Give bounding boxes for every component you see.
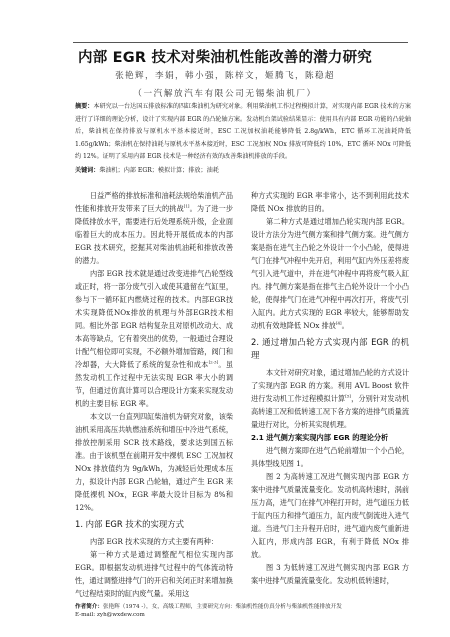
paragraph: 图 3 为低转速工况进气侧实现内部 EGR 方案中进排气质量流量变化。发动机低转… xyxy=(251,561,409,587)
header-rule xyxy=(73,42,408,43)
paragraph: 日益严格的排放标准和油耗法规给柴油机产品性能和排放开发带来了巨大的挑战[1]。为… xyxy=(75,189,233,267)
citation: [2-3] xyxy=(209,360,219,365)
paragraph-text: 第二种方式是通过增加凸轮实现内部 EGR。设计方法分为进气侧方案和排气侧方案。进… xyxy=(251,217,409,330)
abstract-text: 本研究以一台达国五排放标准的四缸柴油机为研究对象。利用柴油机工作过程模拟计算，对… xyxy=(75,103,411,160)
section-heading-1: 1. 内部 EGR 技术的实现方式 xyxy=(75,518,233,531)
paragraph-text: 。为了进一步降低排放水平，需要进行后处理系统升级，企业面临着巨大的成本压力。因此… xyxy=(75,204,233,265)
paragraph: 内部 EGR 技术实现的方式主要有两种： xyxy=(75,535,233,548)
paragraph: 本文以一台直列四缸柴油机为研究对象，该柴油机采用高压共轨燃油系统和增压中冷进气系… xyxy=(75,410,233,514)
author-footnote: 作者简介：张艳辉（1974 -），女，高级工程师，主要研究方向：柴油机性能仿真分… xyxy=(75,603,415,620)
left-column: 日益严格的排放标准和油耗法规给柴油机产品性能和排放开发带来了巨大的挑战[1]。为… xyxy=(75,189,233,600)
author-email: E-mail: zyh@wxdew.com xyxy=(75,611,415,619)
paragraph-text: 内部 EGR 技术就是通过改变进排气凸轮型线或正时，将一部分废气引入或使其遗留在… xyxy=(75,269,233,369)
subsection-heading-2-1: 2.1 进气侧方案实现内部 EGR 的理论分析 xyxy=(251,431,409,444)
footnote-text: 张艳辉（1974 -），女，高级工程师，主要研究方向：柴油机性能仿真分析与柴油机… xyxy=(103,604,342,610)
keywords-text: 柴油机；内部 EGR；模拟计算；排放；油耗 xyxy=(99,167,218,174)
keywords-label: 关键词： xyxy=(75,167,99,174)
paragraph: 第一种方式是通过调整配气相位实现内部 EGR。即根据发动机进排气过程中的气体流动… xyxy=(75,548,233,600)
affiliation: （一汽解放汽车有限公司无锡柴油机厂） xyxy=(0,87,450,99)
abstract: 摘要：本研究以一台达国五排放标准的四缸柴油机为研究对象。利用柴油机工作过程模拟计… xyxy=(75,101,411,164)
paragraph: 图 2 为高转速工况进气侧实现内部 EGR 方案中进排气质量流量变化。发动机高转… xyxy=(251,470,409,561)
paragraph-text: 。 xyxy=(342,321,349,330)
section-heading-2: 2. 通过增加凸轮方式实现内部 EGR 的机理 xyxy=(251,336,409,362)
author-list: 张艳辉，李娟，韩小强，陈梓文，姬腾飞，陈稳超 xyxy=(0,69,450,81)
abstract-label: 摘要： xyxy=(75,103,93,110)
author-bio: 作者简介：张艳辉（1974 -），女，高级工程师，主要研究方向：柴油机性能仿真分… xyxy=(75,603,415,611)
paragraph: 进气侧方案即在进气凸轮前增加一个小凸轮，具体型线见图 1。 xyxy=(251,444,409,470)
keywords: 关键词：柴油机；内部 EGR；模拟计算；排放；油耗 xyxy=(75,166,411,176)
footnote-label: 作者简介： xyxy=(75,604,103,610)
paragraph: 本文针对研究对象，通过增加凸轮的方式设计了实现内部 EGR 的方案。利用 AVL… xyxy=(251,366,409,431)
paper-page: 内部 EGR 技术对柴油机性能改善的潜力研究 张艳辉，李娟，韩小强，陈梓文，姬腾… xyxy=(0,0,450,637)
paragraph: 内部 EGR 技术就是通过改变进排气凸轮型线或正时，将一部分废气引入或使其遗留在… xyxy=(75,267,233,410)
paragraph: 种方式实现的 EGR 率非常小，达不到利用此技术降低 NOx 排放的目的。 xyxy=(251,189,409,215)
paragraph: 第二种方式是通过增加凸轮实现内部 EGR。设计方法分为进气侧方案和排气侧方案。进… xyxy=(251,215,409,332)
paper-title: 内部 EGR 技术对柴油机性能改善的潜力研究 xyxy=(0,46,450,67)
right-column: 种方式实现的 EGR 率非常小，达不到利用此技术降低 NOx 排放的目的。 第二… xyxy=(251,189,409,587)
